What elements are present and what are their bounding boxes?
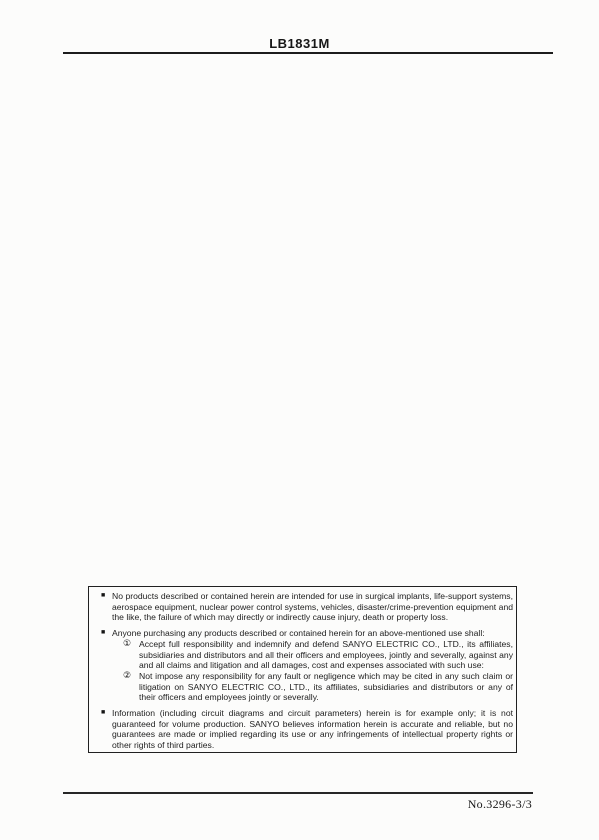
notice-subitem-row: ②Not impose any responsibility for any f… bbox=[123, 671, 513, 703]
header-rule bbox=[63, 52, 553, 54]
notice-item-row: ■Anyone purchasing any products describe… bbox=[101, 628, 513, 639]
notice-subitem-text: Accept full responsibility and indemnify… bbox=[139, 639, 513, 671]
doc-number: No.3296-3/3 bbox=[468, 797, 532, 812]
notice-subitem-text: Not impose any responsibility for any fa… bbox=[139, 671, 513, 703]
square-bullet-icon: ■ bbox=[101, 591, 112, 602]
notice-item-text: Information (including circuit diagrams … bbox=[112, 708, 513, 751]
notice-item: ■No products described or contained here… bbox=[101, 591, 513, 623]
notice-item-text: Anyone purchasing any products described… bbox=[112, 628, 513, 639]
notice-item-row: ■Information (including circuit diagrams… bbox=[101, 708, 513, 751]
notice-item: ■Information (including circuit diagrams… bbox=[101, 708, 513, 751]
square-bullet-icon: ■ bbox=[101, 628, 112, 639]
circled-number-icon: ① bbox=[123, 639, 139, 650]
notice-item: ■Anyone purchasing any products describe… bbox=[101, 628, 513, 703]
footer-rule bbox=[63, 792, 533, 794]
page-title: LB1831M bbox=[0, 36, 599, 51]
square-bullet-icon: ■ bbox=[101, 708, 112, 719]
circled-number-icon: ② bbox=[123, 671, 139, 682]
notice-box: ■No products described or contained here… bbox=[88, 586, 517, 753]
notice-item-row: ■No products described or contained here… bbox=[101, 591, 513, 623]
notice-subitem-row: ①Accept full responsibility and indemnif… bbox=[123, 639, 513, 671]
notice-item-text: No products described or contained herei… bbox=[112, 591, 513, 623]
